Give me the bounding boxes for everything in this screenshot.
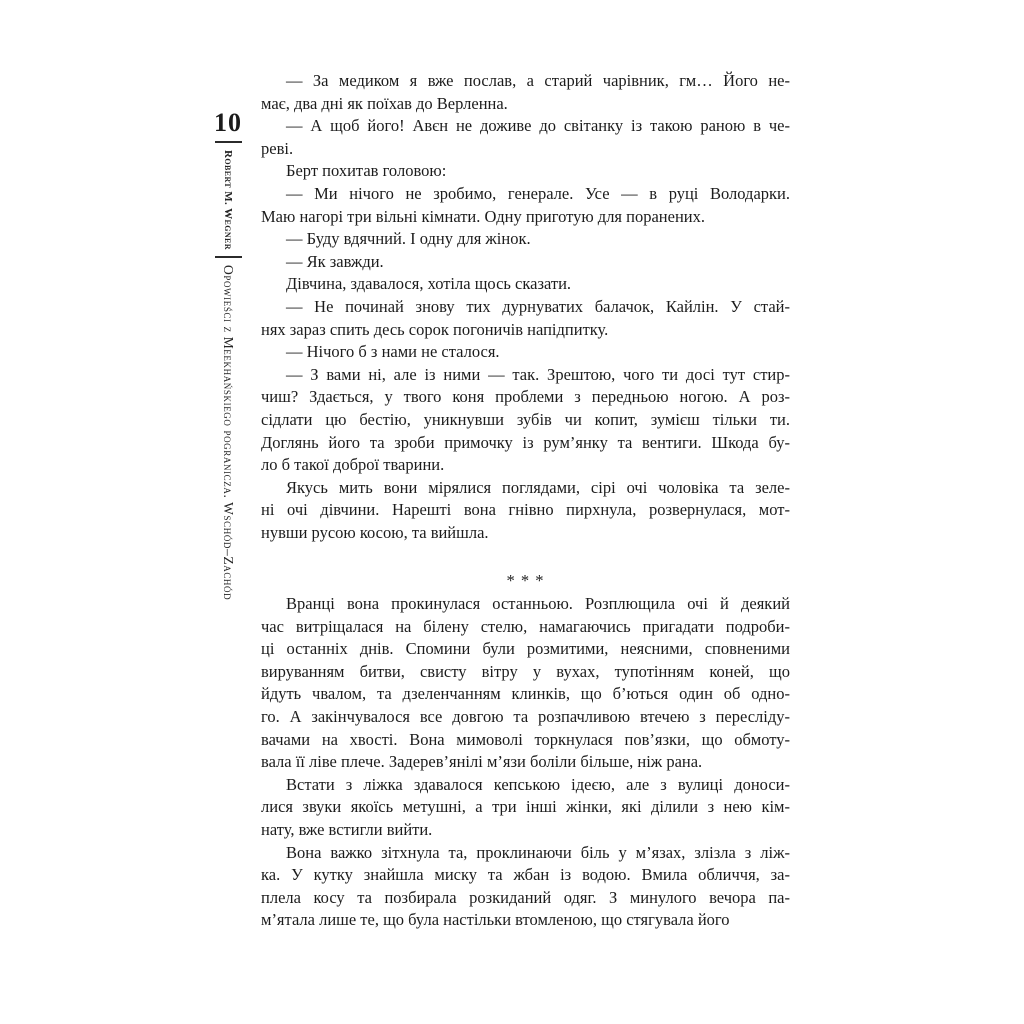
text-line: плела косу та позбирала розкиданий одяг.…	[261, 887, 790, 910]
page-number-divider	[215, 141, 242, 143]
text-line: нях зараз спить десь сорок погоничів нап…	[261, 319, 790, 342]
page-text: — За медиком я вже послав, а старий чарі…	[261, 70, 790, 932]
text-line: ка. У кутку знайшла миску та жбан із вод…	[261, 864, 790, 887]
text-line: Встати з ліжка здавалося кепською ідеєю,…	[261, 774, 790, 797]
text-line: лися звуки якоїсь метушні, а три інші жі…	[261, 796, 790, 819]
running-author: Robert M. Wegner	[222, 150, 234, 250]
text-line: вируванням битви, свисту вітру у вухах, …	[261, 661, 790, 684]
text-line: — Як завжди.	[261, 251, 790, 274]
text-line: сідлати цю бестію, уникнувши зубів чи ко…	[261, 409, 790, 432]
text-line: — За медиком я вже послав, а старий чарі…	[261, 70, 790, 93]
text-line: йдуть чвалом, та дзеленчанням клинків, щ…	[261, 683, 790, 706]
text-line: Доглянь його та зроби примочку із рум’ян…	[261, 432, 790, 455]
text-line: чиш? Здається, у твого коня проблеми з п…	[261, 386, 790, 409]
text-line: — А щоб його! Авєн не доживе до світанку…	[261, 115, 790, 138]
text-line: м’ятала лише те, що була настільки втомл…	[261, 909, 790, 932]
text-line: нату, вже встигли вийти.	[261, 819, 790, 842]
text-line: — З вами ні, але із ними — так. Зрештою,…	[261, 364, 790, 387]
text-line: Вранці вона прокинулася останньою. Розпл…	[261, 593, 790, 616]
text-line: — Не починай знову тих дурнуватих балачо…	[261, 296, 790, 319]
text-line: — Ми нічого не зробимо, генерале. Усе — …	[261, 183, 790, 206]
author-title-divider	[215, 256, 242, 258]
text-line: Берт похитав головою:	[261, 160, 790, 183]
text-line: го. А закінчувалося все довгою та розпач…	[261, 706, 790, 729]
text-line: ло б такої доброї тварини.	[261, 454, 790, 477]
text-line: ні очі дівчини. Нарешті вона гнівно пирх…	[261, 499, 790, 522]
text-line: Вона важко зітхнула та, проклинаючи біль…	[261, 842, 790, 865]
text-line: Дівчина, здавалося, хотіла щось сказати.	[261, 273, 790, 296]
text-line: нувши русою косою, та вийшла.	[261, 522, 790, 545]
page-margin-column: 10 Robert M. Wegner Opowieści z Meekhańs…	[210, 110, 246, 600]
running-book-title: Opowieści z Meekhańskiego pogranicza. Ws…	[220, 265, 236, 600]
text-line: час витріщалася на білену стелю, намагаю…	[261, 616, 790, 639]
text-line: Якусь мить вони мірялися поглядами, сірі…	[261, 477, 790, 500]
text-line: ці останніх днів. Спомини були розмитими…	[261, 638, 790, 661]
text-line: вачами на хвості. Вона мимоволі торкнула…	[261, 729, 790, 752]
text-line: — Буду вдячний. І одну для жінок.	[261, 228, 790, 251]
text-line: має, два дні як поїхав до Верленна.	[261, 93, 790, 116]
text-line: вала її ліве плече. Задерев’янілі м’язи …	[261, 751, 790, 774]
text-line: реві.	[261, 138, 790, 161]
text-line: Маю нагорі три вільні кімнати. Одну приг…	[261, 206, 790, 229]
section-separator: * * *	[261, 570, 790, 593]
page-number: 10	[214, 110, 242, 136]
text-line: — Нічого б з нами не сталося.	[261, 341, 790, 364]
